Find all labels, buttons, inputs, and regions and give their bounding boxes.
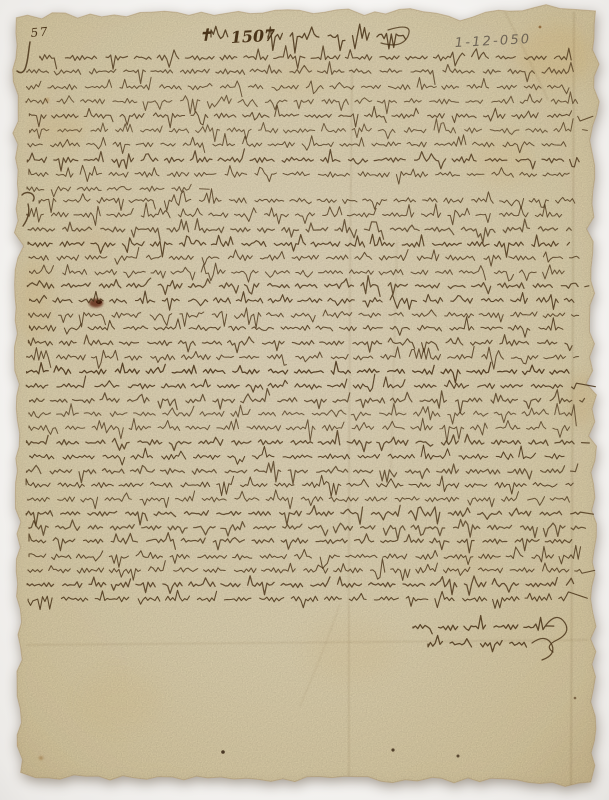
stain bbox=[39, 756, 43, 759]
stain bbox=[457, 755, 460, 758]
stain bbox=[391, 748, 394, 751]
stain bbox=[539, 26, 542, 29]
stain bbox=[305, 620, 395, 680]
archive-photo: 57 ✝ 1507 1-12-050 bbox=[0, 0, 609, 800]
folio-number: 57 bbox=[30, 24, 49, 40]
heading-year: 1507 bbox=[230, 26, 275, 47]
manuscript-scan: 57 ✝ 1507 1-12-050 bbox=[0, 0, 609, 800]
stain bbox=[9, 755, 14, 759]
stain bbox=[11, 741, 17, 746]
stain bbox=[80, 672, 160, 728]
stain bbox=[221, 750, 225, 754]
stain bbox=[574, 697, 577, 700]
stain bbox=[274, 64, 326, 96]
stain bbox=[72, 226, 108, 254]
heading-cross-icon: ✝ bbox=[198, 25, 213, 45]
